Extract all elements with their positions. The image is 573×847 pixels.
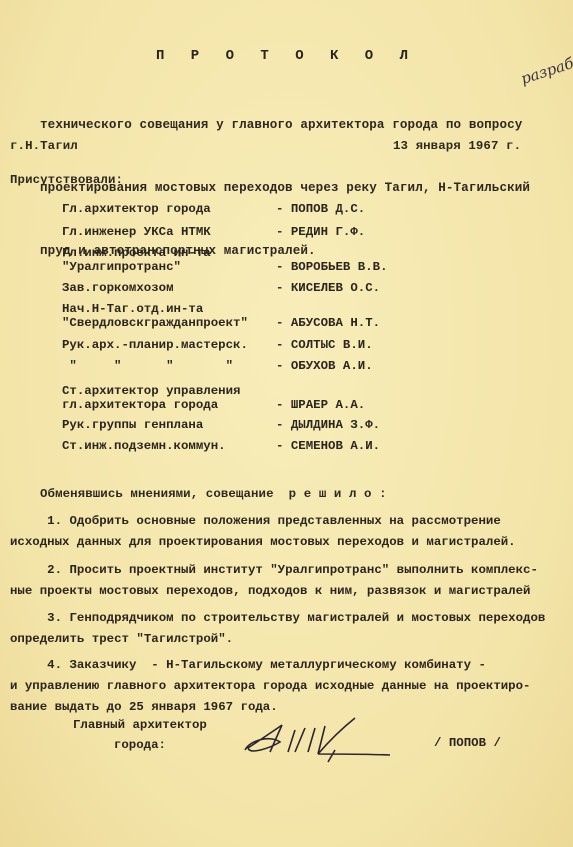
document-place: г.Н.Тагил (10, 139, 78, 153)
attendee-role: Гл.инженер УКСа НТМК (62, 225, 211, 239)
signatory-role: Главный архитектор города: (73, 715, 207, 755)
subject-line: технического совещания у главного архите… (40, 115, 530, 136)
attendee-role: Рук.арх.-планир.мастерск. (62, 338, 248, 352)
attendee-role: " " " " (62, 359, 233, 373)
decision-item: 4. Заказчику - Н-Тагильскому металлургич… (10, 655, 570, 718)
attendee-role: Ст.архитектор управления гл.архитектора … (62, 384, 240, 412)
attendee-name: - ОБУХОВ А.И. (276, 359, 373, 373)
attendee-name: - КИСЕЛЕВ О.С. (276, 281, 380, 295)
attendee-name: - СЕМЕНОВ А.И. (276, 439, 380, 453)
attendee-role: Рук.группы генплана (62, 418, 203, 432)
attendee-name: - ВОРОБЬЕВ В.В. (276, 260, 388, 274)
attendees-heading: Присутствовали: (10, 173, 123, 187)
document-date: 13 января 1967 г. (393, 139, 521, 153)
signatory-name: / ПОПОВ / (434, 736, 501, 750)
attendee-name: - ПОПОВ Д.С. (276, 202, 365, 216)
decision-intro: Обменявшись мнениями, совещание р е ш и … (40, 487, 387, 501)
decision-item: 1. Одобрить основные положения представл… (10, 511, 570, 553)
decision-item: 2. Просить проектный институт "Уралгипро… (10, 560, 570, 602)
decision-item: 3. Генподрядчиком по строительству магис… (10, 608, 570, 650)
attendee-name: - ШРАЕР А.А. (276, 398, 365, 412)
attendee-name: - АБУСОВА Н.Т. (276, 316, 380, 330)
attendee-role: Зав.горкомхозом (62, 281, 174, 295)
attendee-role: Ст.инж.подземн.коммун. (62, 439, 226, 453)
attendee-role: Гл.инж.проекта ин-та "Уралгипротранс" (62, 246, 211, 274)
document-page: П Р О Т О К О Л технического совещания у… (0, 0, 573, 847)
signature-scribble (240, 710, 400, 770)
attendee-role: Гл.архитектор города (62, 202, 211, 216)
document-title: П Р О Т О К О Л (0, 48, 573, 64)
attendee-role: Нач.Н-Таг.отд.ин-та "Свердловскгражданпр… (62, 302, 248, 330)
attendee-name: - ДЫЛДИНА З.Ф. (276, 418, 380, 432)
attendee-name: - РЕДИН Г.Ф. (276, 225, 365, 239)
attendee-name: - СОЛТЫС В.И. (276, 338, 373, 352)
